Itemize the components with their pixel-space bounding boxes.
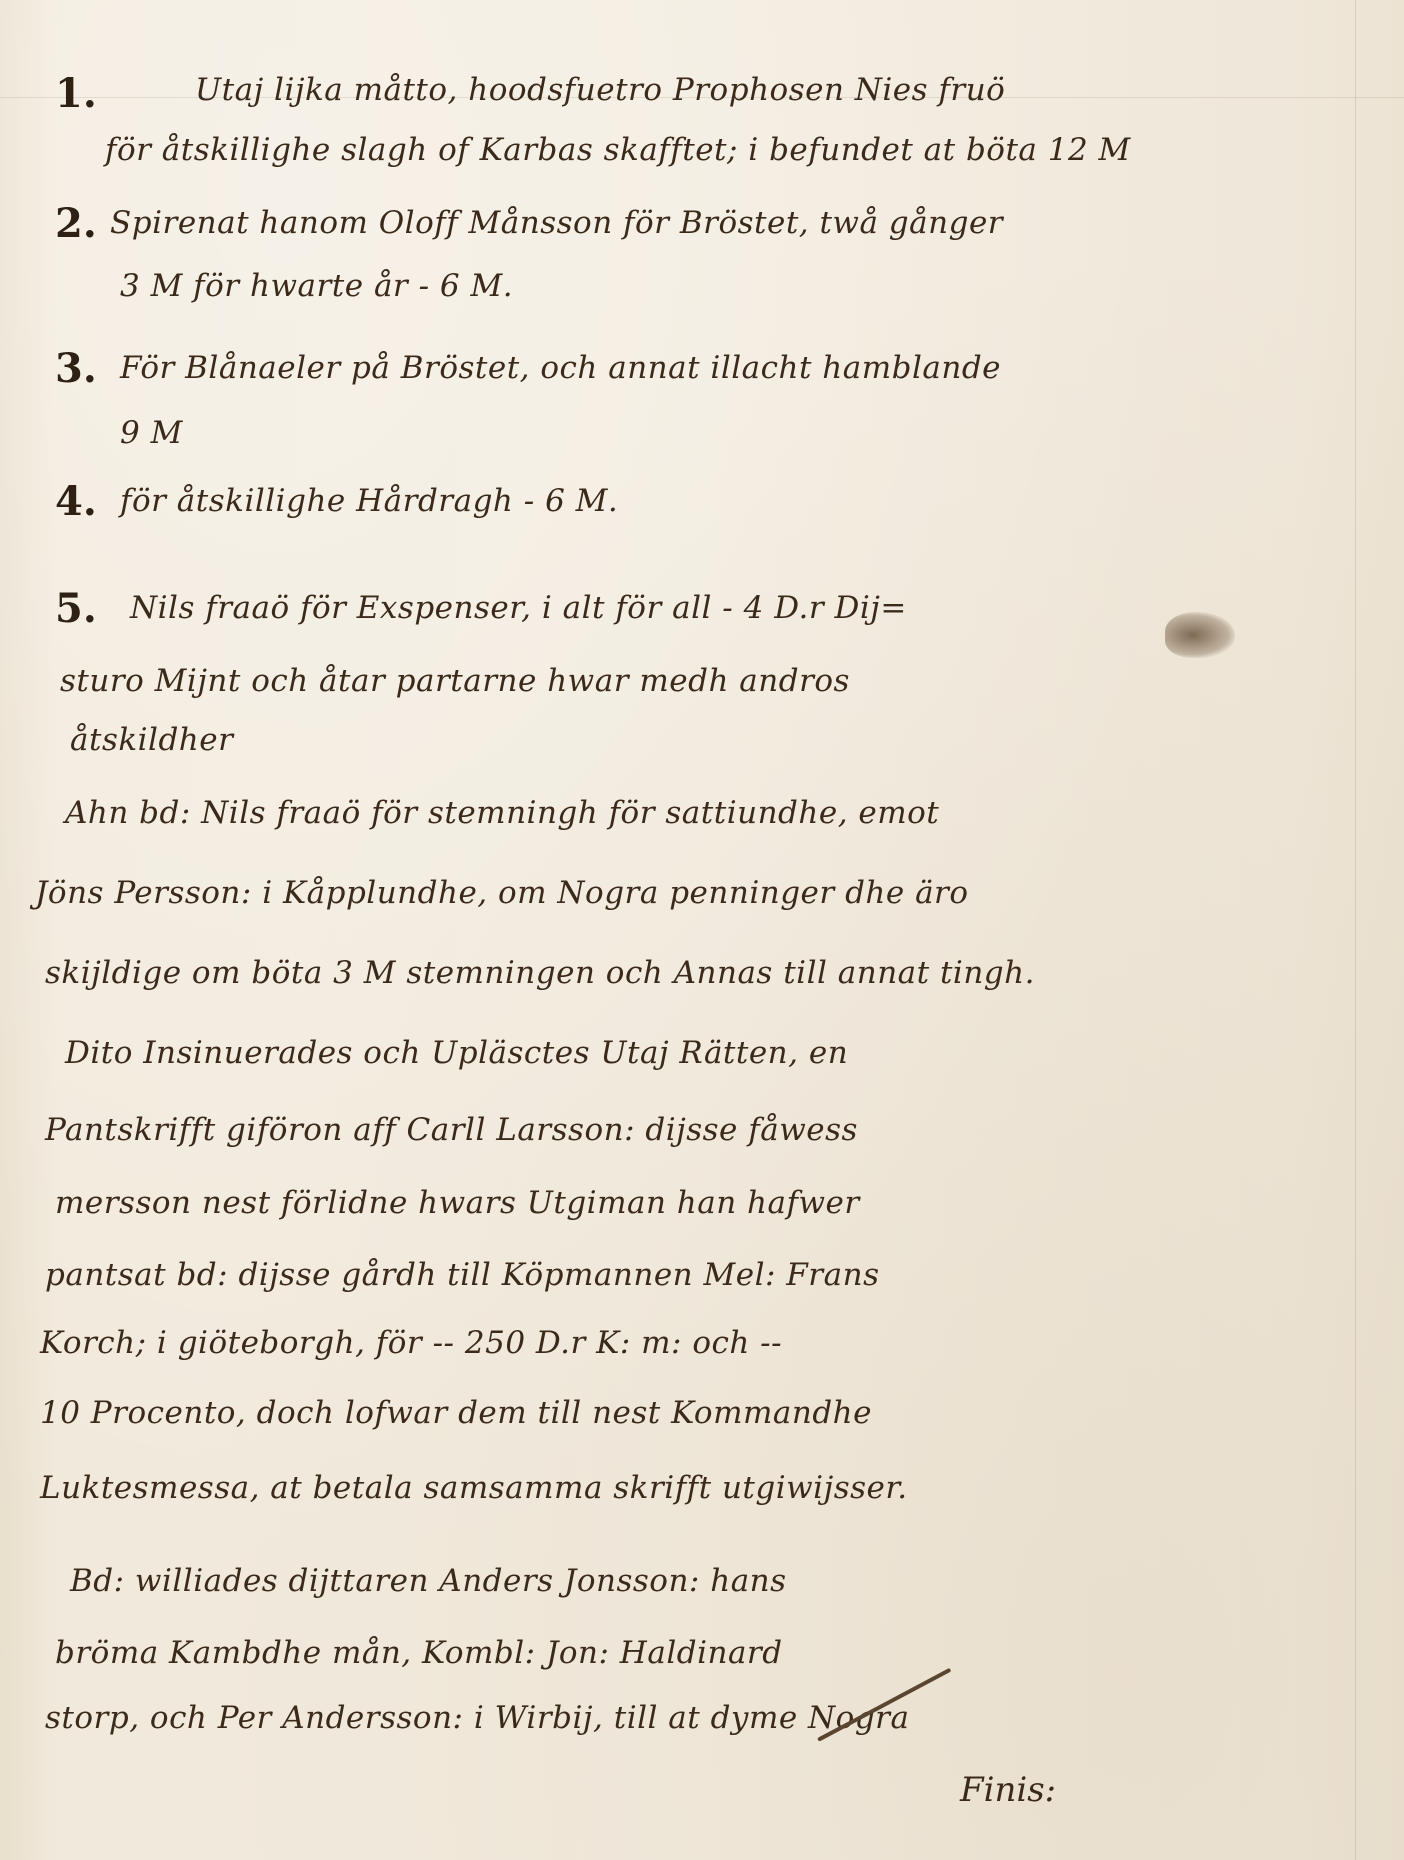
ink-stain	[1165, 612, 1235, 658]
paragraph-1-line-3: skijldige om böta 3 M stemningen och Ann…	[45, 955, 1035, 991]
item-5-line-3: åtskildher	[70, 722, 233, 758]
manuscript-page: 1. Utaj lijka måtto, hoodsfuetro Prophos…	[0, 0, 1404, 1860]
item-2-line-2: 3 M för hwarte år - 6 M.	[120, 268, 513, 304]
item-1-line-1: Utaj lijka måtto, hoodsfuetro Prophosen …	[195, 72, 1005, 108]
paragraph-1-line-2: Jöns Persson: i Kåpplundhe, om Nogra pen…	[35, 875, 969, 911]
paragraph-2-line-1: Dito Insinuerades och Upläsctes Utaj Rät…	[65, 1035, 848, 1071]
paragraph-3-line-3: storp, och Per Andersson: i Wirbij, till…	[45, 1700, 909, 1736]
item-4-line-1: för åtskillighe Hårdragh - 6 M.	[120, 483, 618, 519]
paragraph-2-line-7: Luktesmessa, at betala samsamma skrifft …	[40, 1470, 908, 1506]
paragraph-3-line-1: Bd: williades dijttaren Anders Jonsson: …	[70, 1563, 787, 1599]
item-3-line-2: 9 M	[120, 415, 183, 451]
paragraph-2-line-5: Korch; i giöteborgh, för -- 250 D.r K: m…	[40, 1325, 782, 1361]
item-1-line-2: för åtskillighe slagh of Karbas skafftet…	[105, 132, 1131, 168]
item-number-1: 1.	[55, 70, 97, 117]
paragraph-3-line-2: bröma Kambdhe mån, Kombl: Jon: Haldinard	[55, 1635, 783, 1671]
item-number-2: 2.	[55, 200, 97, 247]
item-2-line-1: Spirenat hanom Oloff Månsson för Bröstet…	[110, 205, 1003, 241]
closing-finis: Finis:	[960, 1770, 1056, 1810]
paragraph-2-line-3: mersson nest förlidne hwars Utgiman han …	[55, 1185, 860, 1221]
item-number-3: 3.	[55, 345, 97, 392]
paragraph-2-line-2: Pantskrifft giföron aff Carll Larsson: d…	[45, 1112, 858, 1148]
margin-rule	[1355, 0, 1356, 1860]
paragraph-2-line-4: pantsat bd: dijsse gårdh till Köpmannen …	[45, 1257, 879, 1293]
paragraph-1-line-1: Ahn bd: Nils fraaö för stemningh för sat…	[65, 795, 939, 831]
paragraph-2-line-6: 10 Procento, doch lofwar dem till nest K…	[40, 1395, 872, 1431]
item-5-line-1: Nils fraaö för Exspenser, i alt för all …	[130, 590, 907, 626]
item-5-line-2: sturo Mijnt och åtar partarne hwar medh …	[60, 663, 850, 699]
item-number-5: 5.	[55, 585, 97, 632]
item-number-4: 4.	[55, 478, 97, 525]
item-3-line-1: För Blånaeler på Bröstet, och annat illa…	[120, 350, 1001, 386]
